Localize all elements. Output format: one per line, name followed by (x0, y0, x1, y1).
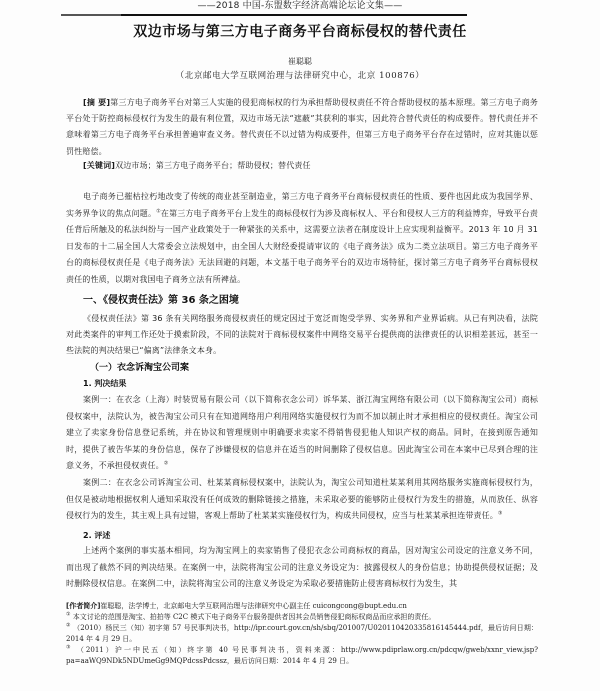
author-bio: [作者简介]崔聪聪，法学博士，北京邮电大学互联网治理与法律研究中心副主任 cui… (66, 601, 538, 612)
item-heading-review: 2. 评述 (83, 530, 110, 542)
abstract-text: 第三方电子商务平台对第三人实施的侵犯商标权的行为承担帮助侵权责任不符合帮助侵权的… (66, 98, 538, 156)
footnote-mark-3: ③ (66, 645, 73, 651)
footnote-mark-1: ① (66, 612, 70, 618)
section-1-text: 《侵权责任法》第 36 条有关网络服务商侵权责任的规定因过于宽泛而饱受学界、实务… (66, 311, 538, 360)
subsection-heading: （一）衣念诉淘宝公司案 (90, 362, 189, 375)
paper-title: 双边市场与第三方电子商务平台商标侵权的替代责任 (0, 23, 600, 41)
review-text: 上述两个案例的事实基本相同，均为淘宝网上的卖家销售了侵犯衣念公司商标权的商品，因… (66, 543, 538, 593)
author-name: 崔聪聪 (0, 56, 600, 67)
footnote-ref-2: ② (164, 460, 169, 466)
footnote-1-text: 本文讨论的范围是淘宝、拍拍等 C2C 模式下电子商务平台服务提供者因其会员销售侵… (73, 613, 436, 621)
footnote-mark-2: ② (66, 623, 71, 629)
author-affiliation: （北京邮电大学互联网治理与法律研究中心，北京 100876） (0, 70, 600, 82)
footnotes: [作者简介]崔聪聪，法学博士，北京邮电大学互联网治理与法律研究中心副主任 cui… (66, 601, 538, 667)
item-heading-judgment: 1. 判决结果 (83, 378, 126, 390)
author-bio-label: [作者简介] (66, 602, 100, 610)
introduction: 电子商务已摧枯拉朽地改变了传统的商业甚至制造业，第三方电子商务平台商标侵权责任的… (66, 189, 538, 288)
case-1-text: 案例一：在衣念（上海）时装贸易有限公司（以下简称衣念公司）诉华某、浙江淘宝网络有… (66, 395, 538, 470)
footnote-ref-3: ③ (498, 510, 503, 516)
footnote-3-text: （2011）沪一中民五（知）终字第 40 号民事判决书，资料来源：http://… (66, 646, 538, 665)
running-header: ——2018 中国-东盟数字经济高端论坛论文集—— (0, 0, 600, 12)
footnote-2: ② （2010）杨民三（知）初字第 57 号民事判决书，http://ipr.c… (66, 623, 538, 645)
keywords: [关键词]双边市场；第三方电子商务平台；帮助侵权；替代责任 (66, 158, 538, 175)
abstract: [摘 要]第三方电子商务平台对第三人实施的侵犯商标权的行为承担帮助侵权责任不符合… (66, 95, 538, 160)
keywords-label: [关键词] (83, 161, 115, 170)
author-bio-text: 崔聪聪，法学博士，北京邮电大学互联网治理与法律研究中心副主任 cuicongco… (100, 602, 406, 610)
paper-page: ——2018 中国-东盟数字经济高端论坛论文集—— 双边市场与第三方电子商务平台… (0, 0, 600, 691)
case-2-text: 案例二：在衣念公司诉淘宝公司、杜某某商标侵权案中，法院认为，淘宝公司知道杜某某利… (66, 478, 538, 520)
abstract-label: [摘 要] (83, 98, 110, 107)
section-heading-1: 一、《侵权责任法》第 36 条之困境 (83, 294, 239, 308)
header-rule (61, 14, 467, 16)
case-2: 案例二：在衣念公司诉淘宝公司、杜某某商标侵权案中，法院认为，淘宝公司知道杜某某利… (66, 475, 538, 525)
intro-text-2: 在第三方电子商务平台上发生的商标侵权行为涉及商标权人、平台和侵权人三方的利益博弈… (66, 209, 538, 284)
footnote-3: ③ （2011）沪一中民五（知）终字第 40 号民事判决书，资料来源：http:… (66, 645, 538, 667)
footnote-1: ① 本文讨论的范围是淘宝、拍拍等 C2C 模式下电子商务平台服务提供者因其会员销… (66, 612, 538, 623)
keywords-text: 双边市场；第三方电子商务平台；帮助侵权；替代责任 (115, 161, 311, 170)
footnote-2-text: （2010）杨民三（知）初字第 57 号民事判决书，http://ipr.cou… (66, 624, 538, 643)
case-1: 案例一：在衣念（上海）时装贸易有限公司（以下简称衣念公司）诉华某、浙江淘宝网络有… (66, 392, 538, 475)
